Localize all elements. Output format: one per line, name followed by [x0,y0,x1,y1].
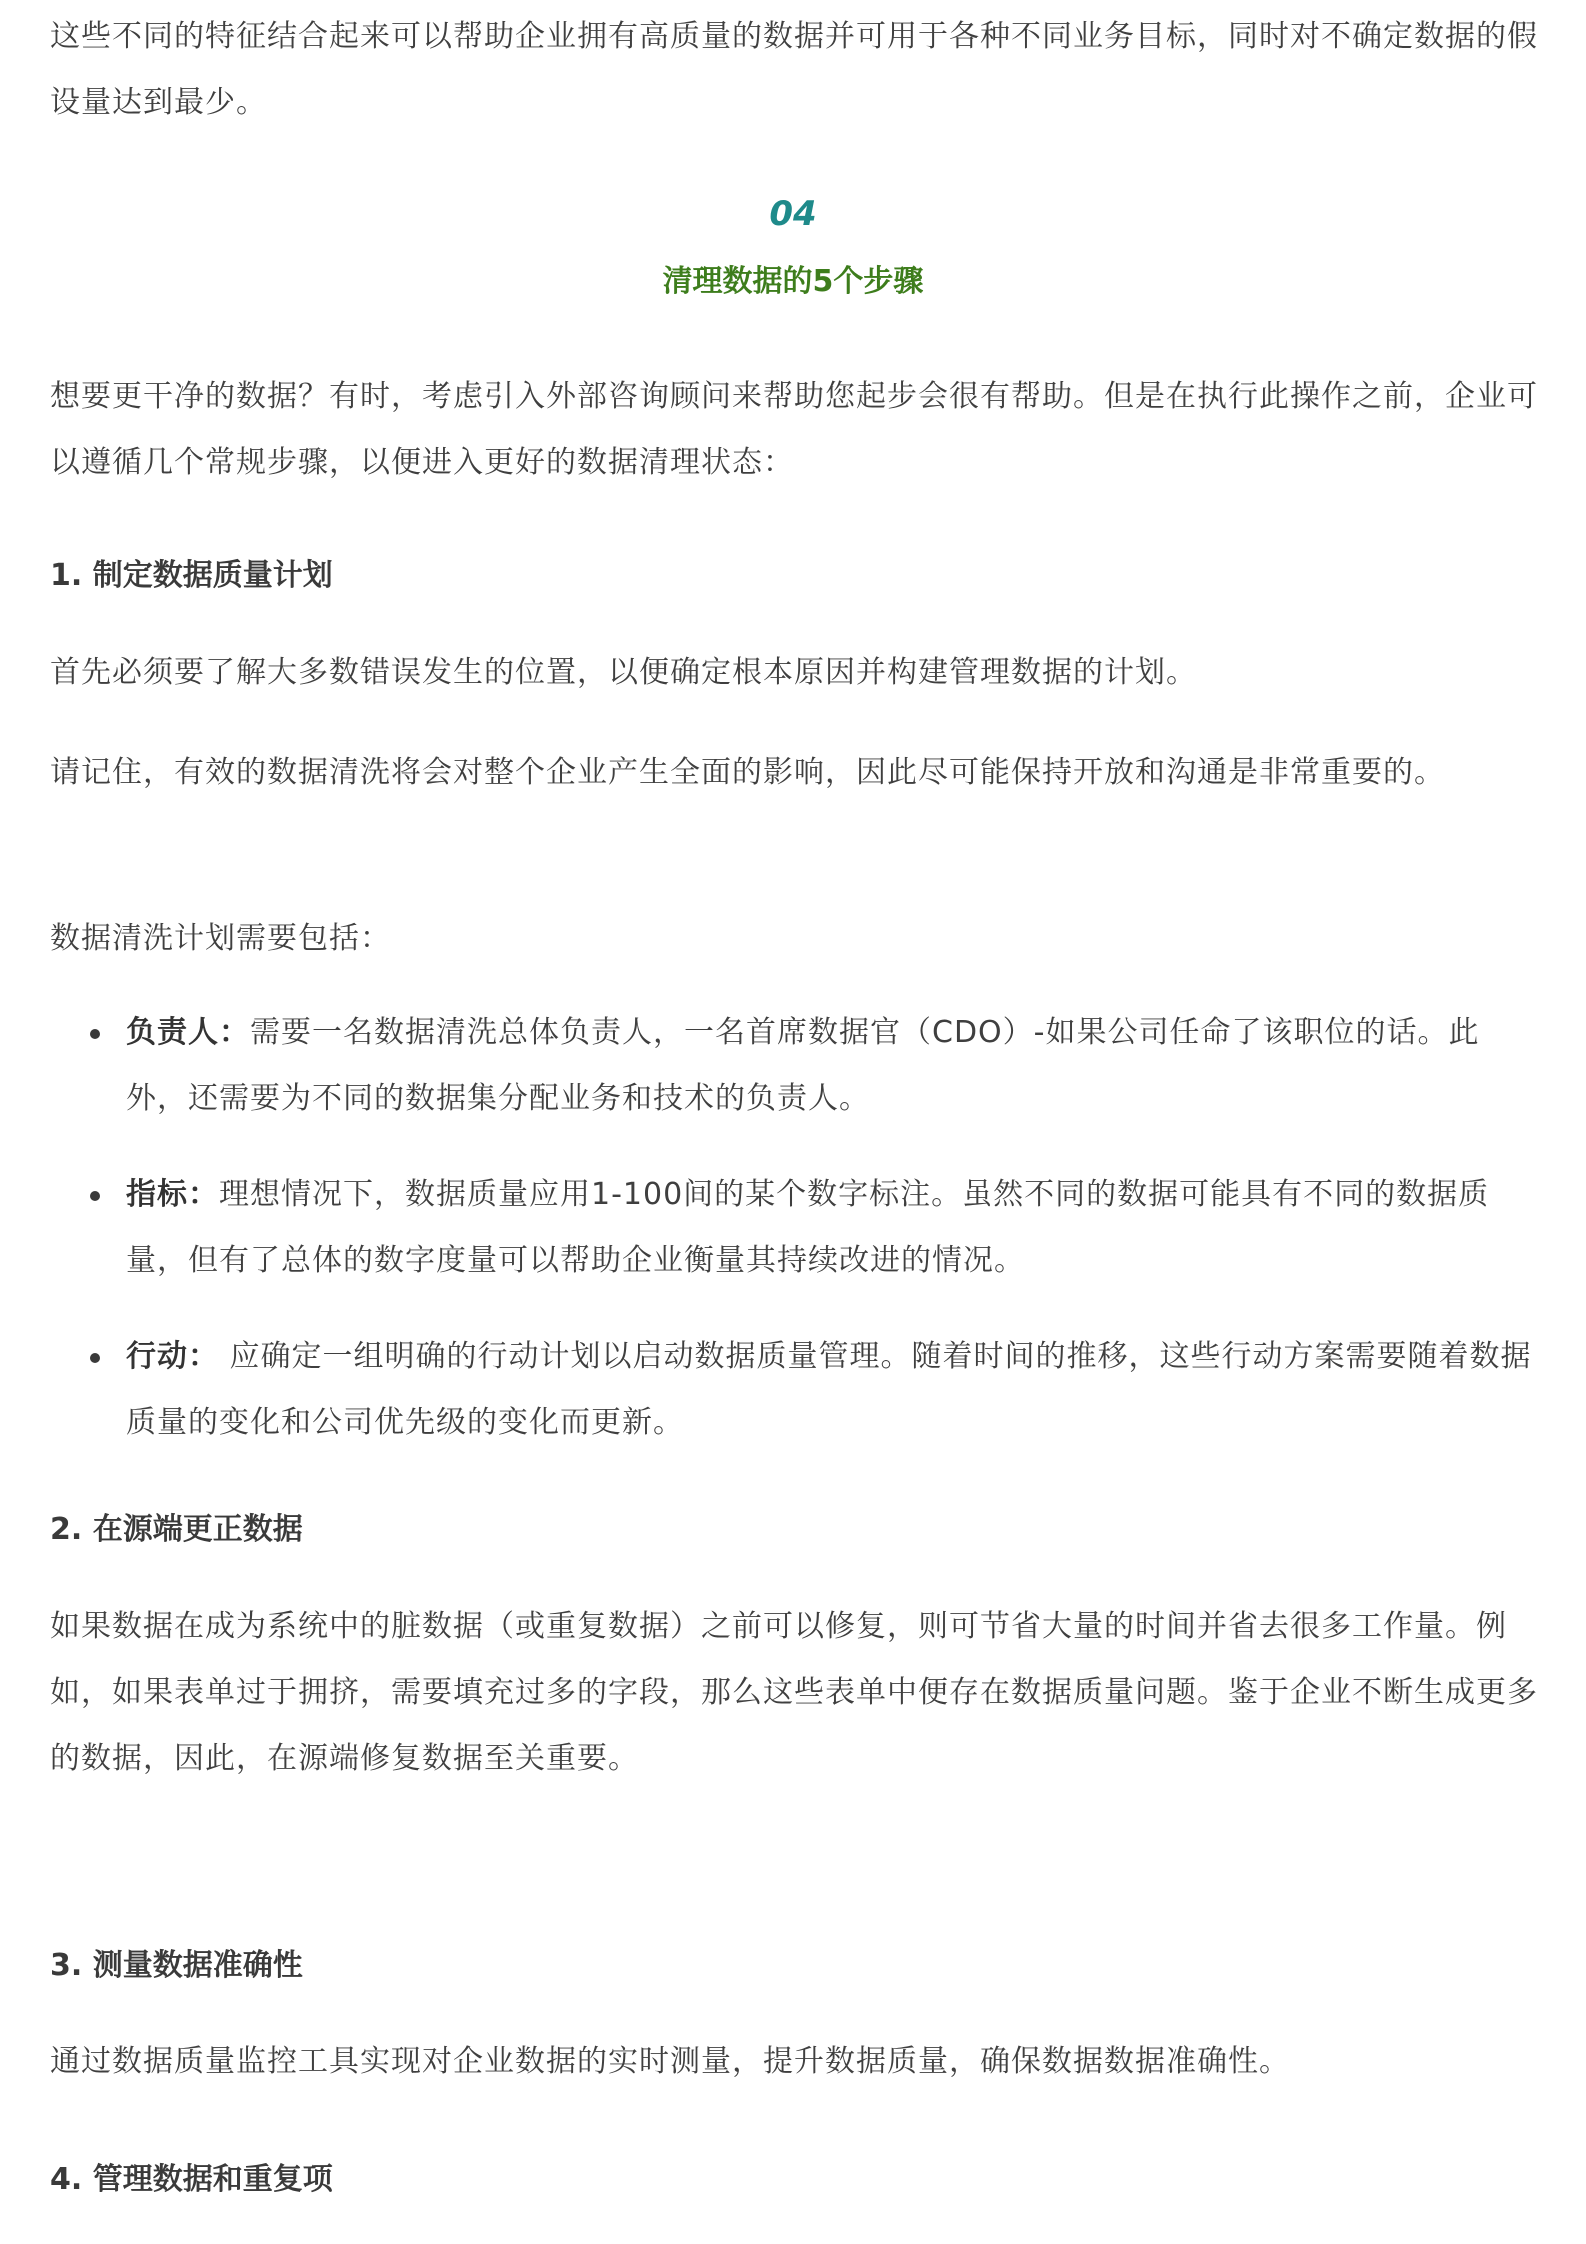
intro-paragraph: 这些不同的特征结合起来可以帮助企业拥有高质量的数据并可用于各种不同业务目标，同时… [50,4,1540,136]
step-1-heading: 1. 制定数据质量计划 [50,554,333,598]
step-2-heading: 2. 在源端更正数据 [50,1508,303,1552]
plan-bullet-list: 负责人：需要一名数据清洗总体负责人，一名首席数据官（CDO）-如果公司任命了该职… [50,1000,1540,1456]
step-3-heading: 3. 测量数据准确性 [50,1944,303,1988]
section-title: 清理数据的5个步骤 [0,260,1586,304]
step-3-paragraph: 通过数据质量监控工具实现对企业数据的实时测量，提升数据质量，确保数据数据准确性。 [50,2029,1540,2095]
bullet-term: 行动： [126,1339,219,1374]
step-1-paragraph-3: 数据清洗计划需要包括： [50,906,1540,972]
bullet-dot-icon [90,1353,100,1363]
step-1-paragraph-1: 首先必须要了解大多数错误发生的位置，以便确定根本原因并构建管理数据的计划。 [50,640,1540,706]
bullet-item-actions: 行动： 应确定一组明确的行动计划以启动数据质量管理。随着时间的推移，这些行动方案… [50,1324,1540,1456]
article-page: 这些不同的特征结合起来可以帮助企业拥有高质量的数据并可用于各种不同业务目标，同时… [0,0,1586,2244]
bullet-item-metrics: 指标：理想情况下，数据质量应用1-100间的某个数字标注。虽然不同的数据可能具有… [50,1162,1540,1294]
bullet-dot-icon [90,1191,100,1201]
step-1-paragraph-2: 请记住，有效的数据清洗将会对整个企业产生全面的影响，因此尽可能保持开放和沟通是非… [50,740,1540,806]
step-2-paragraph: 如果数据在成为系统中的脏数据（或重复数据）之前可以修复，则可节省大量的时间并省去… [50,1594,1540,1792]
step-4-heading: 4. 管理数据和重复项 [50,2158,333,2202]
bullet-text: 理想情况下，数据质量应用1-100间的某个数字标注。虽然不同的数据可能具有不同的… [126,1177,1489,1278]
bullet-term: 指标： [126,1177,219,1212]
bullet-item-owner: 负责人：需要一名数据清洗总体负责人，一名首席数据官（CDO）-如果公司任命了该职… [50,1000,1540,1132]
bullet-text: 需要一名数据清洗总体负责人，一名首席数据官（CDO）-如果公司任命了该职位的话。… [126,1015,1480,1116]
section-number: 04 [0,192,1586,236]
bullet-term: 负责人： [126,1015,250,1050]
bullet-dot-icon [90,1029,100,1039]
lead-paragraph: 想要更干净的数据？有时，考虑引入外部咨询顾问来帮助您起步会很有帮助。但是在执行此… [50,364,1540,496]
bullet-text: 应确定一组明确的行动计划以启动数据质量管理。随着时间的推移，这些行动方案需要随着… [126,1339,1532,1440]
